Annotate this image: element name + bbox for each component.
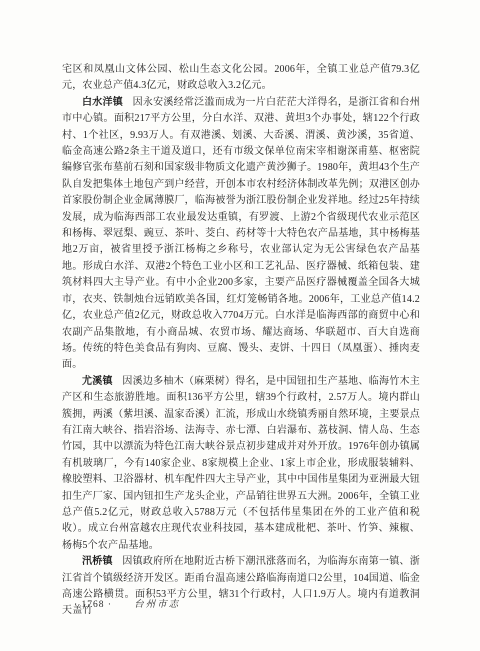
paragraph-baishuiyang-town: 白水洋镇因永安溪经常泛滥而成为一片白茫茫大洋得名，是浙江省和台州市中心镇。面积2… xyxy=(62,95,420,374)
paragraph-text: 因永安溪经常泛滥而成为一片白茫茫大洋得名，是浙江省和台州市中心镇。面积217平方… xyxy=(62,97,420,371)
book-title: 台州市志 xyxy=(134,596,180,610)
paragraph-heading: 汛桥镇 xyxy=(82,556,113,567)
paragraph-heading: 白水洋镇 xyxy=(82,97,123,108)
paragraph-continuation: 宅区和凤凰山文体公园、松山生态文化公园。2006年，全镇工业总产值79.3亿元，… xyxy=(62,62,420,95)
page-content: 宅区和凤凰山文体公园、松山生态文化公园。2006年，全镇工业总产值79.3亿元，… xyxy=(62,62,420,620)
page-number: · 1768 · xyxy=(74,600,112,610)
paragraph-youxi-town: 尤溪镇因溪边多柚木（麻栗树）得名，是中国钮扣生产基地、临海竹木主产区和生态旅游胜… xyxy=(62,374,420,554)
book-page: 宅区和凤凰山文体公园、松山生态文化公园。2006年，全镇工业总产值79.3亿元，… xyxy=(0,0,480,651)
paragraph-text: 宅区和凤凰山文体公园、松山生态文化公园。2006年，全镇工业总产值79.3亿元，… xyxy=(62,64,420,91)
paragraph-heading: 尤溪镇 xyxy=(82,376,113,387)
page-footer: · 1768 · 台州市志 xyxy=(74,596,420,610)
paragraph-text: 因溪边多柚木（麻栗树）得名，是中国钮扣生产基地、临海竹木主产区和生态旅游胜地。面… xyxy=(62,376,420,551)
